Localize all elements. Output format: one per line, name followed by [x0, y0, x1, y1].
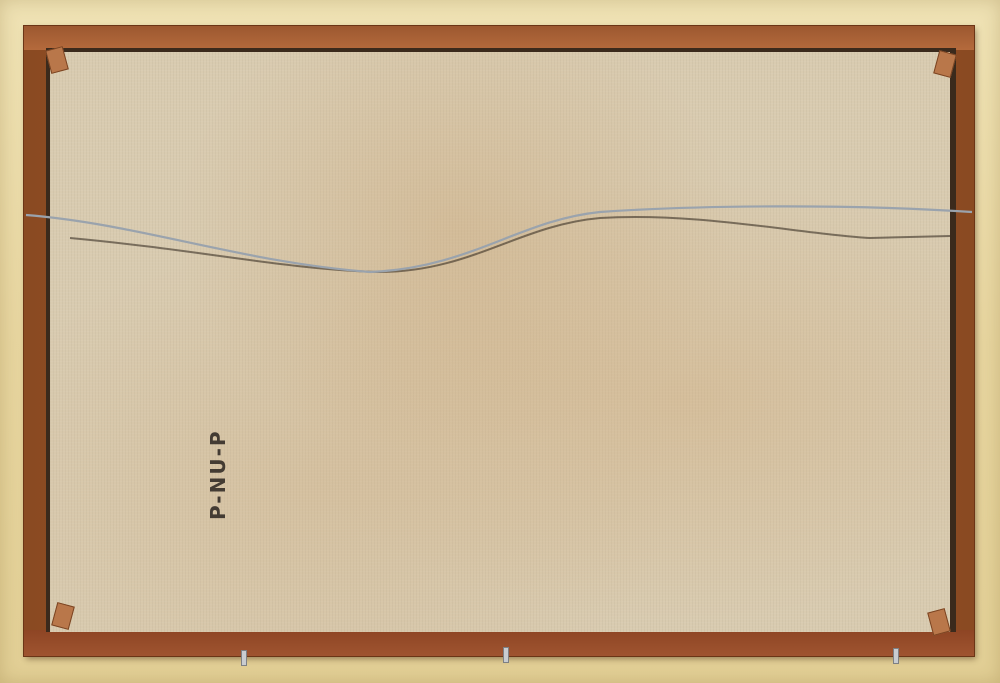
photo-scene: P-NU-P [0, 0, 1000, 683]
hanging-wire [0, 0, 1000, 683]
staple [241, 650, 247, 666]
staple [893, 648, 899, 664]
staple [503, 647, 509, 663]
